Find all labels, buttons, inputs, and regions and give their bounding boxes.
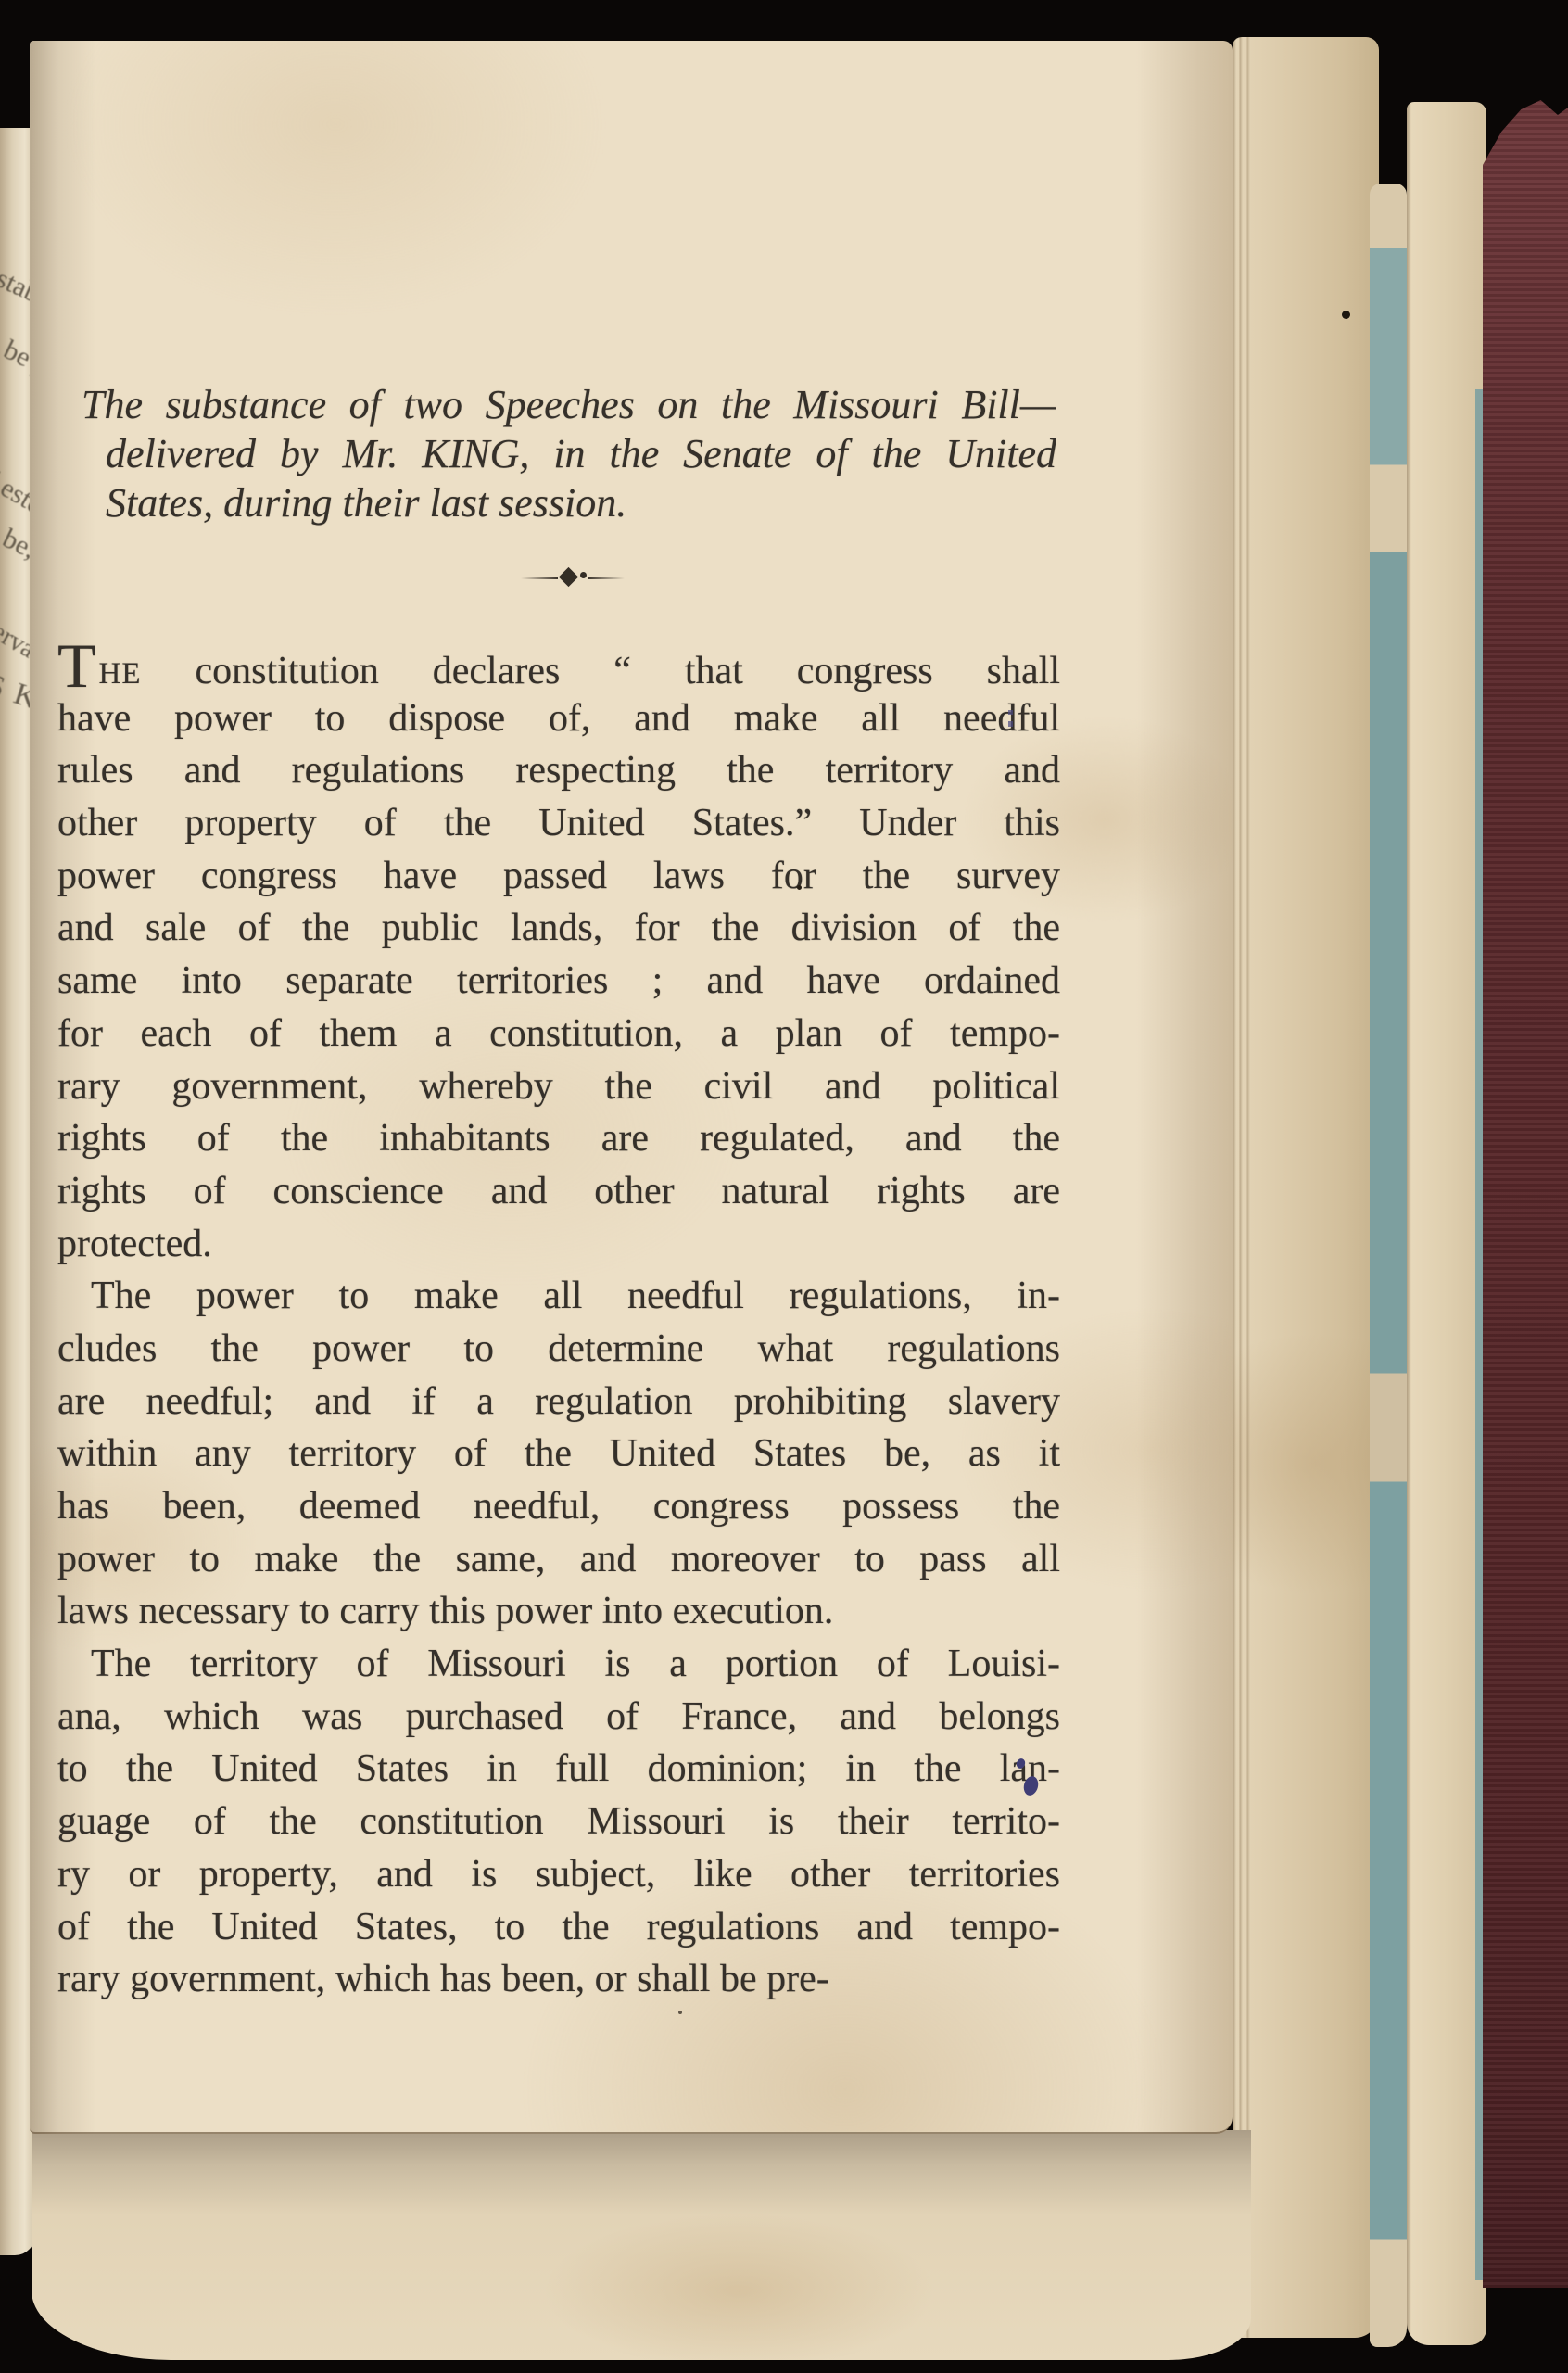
blue-endpaper-edge-thin xyxy=(1475,389,1484,2280)
paper-speck xyxy=(678,2011,682,2014)
body-line: ana, which was purchased of France, and … xyxy=(57,1691,1060,1744)
body-line: rary government, which has been, or shal… xyxy=(57,1953,1060,2006)
body-line-opening: THE constitution declares “ that congres… xyxy=(57,640,1060,692)
small-caps: HE xyxy=(99,657,142,691)
heading-line: States, during their last session. xyxy=(82,478,1056,527)
body-line: ry or property, and is subject, like oth… xyxy=(57,1848,1060,1901)
paper-speck xyxy=(1342,311,1350,319)
body-line: The territory of Missouri is a portion o… xyxy=(57,1638,1060,1691)
body-line: rary government, whereby the civil and p… xyxy=(57,1060,1060,1113)
paragraph-1: have power to dispose of, and make all n… xyxy=(57,692,1060,1271)
photo-background: establ r, be p d este o be, serva S KIN … xyxy=(0,0,1568,2373)
body-line: have power to dispose of, and make all n… xyxy=(57,692,1060,745)
body-line: rules and regulations respecting the ter… xyxy=(57,744,1060,797)
book-cover xyxy=(1483,100,1568,2288)
drop-cap: T xyxy=(57,640,96,692)
heading-line: delivered by Mr. KING, in the Senate of … xyxy=(82,429,1056,478)
paragraph-3: The territory of Missouri is a portion o… xyxy=(57,1638,1060,2006)
body-line: The power to make all needful regulation… xyxy=(57,1270,1060,1323)
speech-body: THE constitution declares “ that congres… xyxy=(57,640,1060,2006)
body-line: to the United States in full dominion; i… xyxy=(57,1743,1060,1796)
ink-mark xyxy=(1008,710,1013,727)
body-line: guage of the constitution Missouri is th… xyxy=(57,1796,1060,1848)
paper-speck xyxy=(797,885,802,890)
body-line: rights of conscience and other natural r… xyxy=(57,1165,1060,1218)
body-line: protected. xyxy=(57,1218,1060,1271)
body-line: laws necessary to carry this power into … xyxy=(57,1585,1060,1638)
body-line: power congress have passed laws for the … xyxy=(57,850,1060,903)
paragraph-2: The power to make all needful regulation… xyxy=(57,1270,1060,1638)
body-line: same into separate territories ; and hav… xyxy=(57,955,1060,1008)
ornament-line-left xyxy=(521,577,558,579)
heading-line: The substance of two Speeches on the Mis… xyxy=(82,380,1056,429)
body-line: has been, deemed needful, congress posse… xyxy=(57,1480,1060,1533)
body-line: power to make the same, and moreover to … xyxy=(57,1533,1060,1586)
ornament-line-right xyxy=(588,577,625,579)
speech-heading: The substance of two Speeches on the Mis… xyxy=(82,380,1056,527)
page-fore-edge-fold xyxy=(1233,37,1379,2338)
blue-endpaper-edge xyxy=(1370,184,1407,2347)
body-line: within any territory of the United State… xyxy=(57,1428,1060,1480)
body-line: other property of the United States.” Un… xyxy=(57,797,1060,850)
ornament-dot xyxy=(580,572,587,578)
body-line: are needful; and if a regulation prohibi… xyxy=(57,1376,1060,1428)
body-line: rights of the inhabitants are regulated,… xyxy=(57,1112,1060,1165)
body-line: cludes the power to determine what regul… xyxy=(57,1323,1060,1376)
main-page: The substance of two Speeches on the Mis… xyxy=(30,41,1233,2134)
ornament-diamond xyxy=(559,567,578,587)
opening-line-text: constitution declares “ that congress sh… xyxy=(142,650,1060,692)
under-page xyxy=(32,2130,1251,2360)
body-line: of the United States, to the regulations… xyxy=(57,1901,1060,1954)
body-line: for each of them a constitution, a plan … xyxy=(57,1008,1060,1060)
ornament-divider xyxy=(521,569,625,586)
body-line: and sale of the public lands, for the di… xyxy=(57,902,1060,955)
